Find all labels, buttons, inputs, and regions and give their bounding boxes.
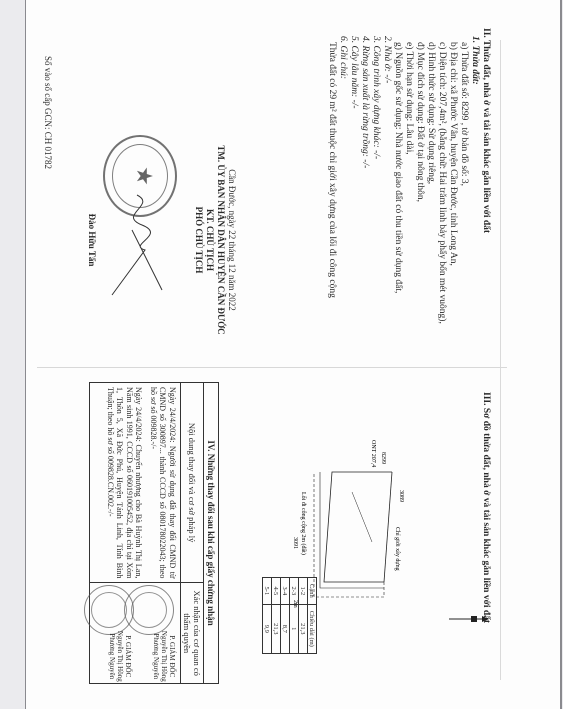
confirmation-name: Nguyễn Thị Hồng Phương Nguyên (108, 629, 124, 683)
length-cell: 9,9 (263, 604, 272, 653)
section-3-title: III. Sơ đồ thửa đất, nhà ở và tài sản kh… (480, 392, 491, 623)
authority: TM. ỦY BAN NHÂN DÂN HUYỆN CẦN ĐƯỚC (215, 120, 226, 360)
confirmation-2: P. GIÁM ĐỐC Nguyễn Thị Hồng Phương Nguyê… (108, 629, 132, 683)
perennial-line: 5. Cây lâu năm: -/- (348, 28, 359, 358)
edge-cell: 5-1 (263, 578, 272, 605)
official-stamp-icon (84, 585, 134, 635)
length-cell: 8,7 (281, 604, 290, 653)
change-entry: Ngày 24/4/2024: Chuyển nhượng cho Bà Huỳ… (104, 383, 147, 582)
place-date: Cần Đước, ngày 22 tháng 12 năm 2022 (226, 120, 237, 360)
left-page: II. Thửa đất, nhà ở và tài sản khác gắn … (37, 20, 507, 365)
confirmation-title: P. GIÁM ĐỐC (168, 629, 176, 683)
north-arrow-icon (449, 612, 489, 626)
usage-purpose: đ) Mục đích sử dụng: Đất ở tại nông thôn… (414, 28, 425, 358)
table-row: 1-221,3 (299, 578, 308, 654)
usage-term: e) Thời hạn sử dụng: Lâu dài, (403, 28, 414, 358)
usage-form: d) Hình thức sử dụng: Sử dụng riêng, (425, 28, 436, 358)
confirmation-area: P. GIÁM ĐỐC Nguyễn Thị Hồng Phương Nguyê… (90, 583, 180, 683)
parcel-number: a) Thửa đất số: 8299 , tờ bản đồ số: 3, (458, 28, 469, 358)
edge-cell: 1-2 (299, 578, 308, 605)
land-heading: 1. Thửa đất: (469, 28, 480, 358)
note-text: Thửa đất có 29 m² đất thuộc chỉ giới xây… (326, 28, 337, 358)
confirmation-col-header: Xác nhận của cơ quan có thẩm quyền (180, 583, 203, 683)
serial-number: Số vào sổ cấp GCN: CH 01782 (42, 56, 53, 169)
right-page: III. Sơ đồ thửa đất, nhà ở và tài sản kh… (37, 372, 507, 690)
certificate-spread: II. Thửa đất, nhà ở và tài sản khác gắn … (37, 20, 507, 690)
change-entry: Ngày 24/4/2024: Người sử dụng đất thay đ… (147, 383, 181, 582)
section-2-title: II. Thửa đất, nhà ở và tài sản khác gắn … (480, 28, 491, 358)
changes-col-header: Nội dung thay đổi và cơ sở pháp lý (180, 383, 203, 582)
forest-line: 4. Rừng sản xuất là rừng trồng: -/- (359, 28, 370, 358)
signer-name: Đào Hữu Tấn (87, 120, 97, 360)
table-row: 4-521,3 (272, 578, 281, 654)
page-fold-divider (37, 367, 507, 368)
edge-cell: 2-3 (290, 578, 299, 605)
construction-line: 3. Công trình xây dựng khác: -/- (370, 28, 381, 358)
confirmation-name: Nguyễn Thị Hồng Phương Nguyên (152, 629, 168, 683)
viewer-gutter (0, 0, 26, 709)
edge-length-table: Cạnh Chiều dài (m) 1-221,3 2-31 3-48,7 4… (262, 577, 317, 654)
table-row: 5-19,9 (263, 578, 272, 654)
handwritten-signature-icon (107, 190, 167, 300)
length-cell: 21,3 (272, 604, 281, 653)
diagram-neighbor-left: 3089 (398, 490, 404, 502)
changes-table: IV. Những thay đổi sau khi cấp giấy chứn… (89, 382, 219, 684)
note-heading: 6. Ghi chú: (337, 28, 348, 358)
house-line: 2. Nhà ở: -/- (381, 28, 392, 358)
edge-col-header: Cạnh (308, 578, 317, 605)
length-cell: 21,3 (299, 604, 308, 653)
section-land-parcel: II. Thửa đất, nhà ở và tài sản khác gắn … (326, 28, 491, 358)
diagram-neighbor-right: 3091 (292, 537, 298, 549)
edge-cell: 4-5 (272, 578, 281, 605)
parcel-address: b) Địa chỉ: xã Phước Vân, huyện Cần Đước… (447, 28, 458, 358)
signature-block: Cần Đước, ngày 22 tháng 12 năm 2022 TM. … (193, 120, 237, 360)
usage-origin: g) Nguồn gốc sử dụng: Nhà nước giao đất … (392, 28, 403, 358)
length-cell: 1 (290, 604, 299, 653)
parcel-area: c) Diện tích: 207,4m², (bằng chữ: Hai tr… (436, 28, 447, 358)
table-row: 2-31 (290, 578, 299, 654)
edge-cell: 3-4 (281, 578, 290, 605)
confirmation-1: P. GIÁM ĐỐC Nguyễn Thị Hồng Phương Nguyê… (152, 629, 176, 683)
diagram-parcel-area: ONT 207,4 (370, 440, 376, 467)
length-col-header: Chiều dài (m) (308, 604, 317, 653)
diagram-road-label: Lối đi công cộng 2m (đất) (300, 492, 307, 555)
diagram-parcel-id: 8299 (380, 452, 386, 464)
position: PHÓ CHỦ TỊCH (193, 120, 204, 360)
section-4-title: IV. Những thay đổi sau khi cấp giấy chứn… (203, 383, 218, 683)
confirmation-title: P. GIÁM ĐỐC (124, 629, 132, 683)
table-row: 3-48,7 (281, 578, 290, 654)
diagram-boundary-label: Chỉ giới xây dựng (394, 527, 400, 571)
on-behalf: KT. CHỦ TỊCH (204, 120, 215, 360)
